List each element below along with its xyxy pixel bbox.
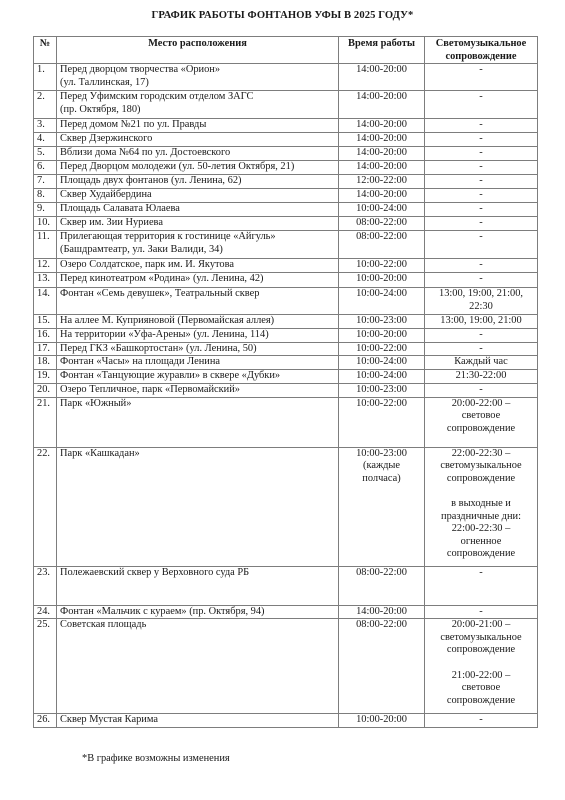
row-number: 5.	[34, 147, 57, 161]
light-music-cell: -	[425, 273, 538, 288]
header-working-hours: Время работы	[339, 37, 425, 64]
working-hours-cell: 10:00-22:00	[339, 397, 425, 447]
working-hours-cell: 08:00-22:00	[339, 231, 425, 259]
working-hours-cell: 12:00-22:00	[339, 175, 425, 189]
header-location: Место расположения	[57, 37, 339, 64]
working-hours-cell: 14:00-20:00	[339, 189, 425, 203]
table-row: 23.Полежаевский сквер у Верховного суда …	[34, 566, 538, 605]
row-number: 17.	[34, 342, 57, 356]
location-cell: Перед Уфимским городским отделом ЗАГС(пр…	[57, 91, 339, 119]
location-cell: Сквер Дзержинского	[57, 133, 339, 147]
location-cell: Прилегающая территория к гостинице «Айгу…	[57, 231, 339, 259]
table-row: 2.Перед Уфимским городским отделом ЗАГС(…	[34, 91, 538, 119]
row-number: 1.	[34, 64, 57, 91]
location-cell: Фонтан «Семь девушек», Театральный сквер	[57, 288, 339, 315]
light-music-cell: -	[425, 605, 538, 619]
table-row: 13.Перед кинотеатром «Родина» (ул. Ленин…	[34, 273, 538, 288]
table-row: 21.Парк «Южный»10:00-22:0020:00-22:00 –с…	[34, 397, 538, 447]
row-number: 16.	[34, 329, 57, 343]
row-number: 23.	[34, 566, 57, 605]
row-number: 7.	[34, 175, 57, 189]
working-hours-cell: 14:00-20:00	[339, 605, 425, 619]
row-number: 21.	[34, 397, 57, 447]
location-cell: На аллее М. Куприяновой (Первомайская ал…	[57, 315, 339, 329]
light-music-cell: -	[425, 64, 538, 91]
row-number: 8.	[34, 189, 57, 203]
working-hours-cell: 14:00-20:00	[339, 64, 425, 91]
light-music-cell: -	[425, 91, 538, 119]
table-row: 18.Фонтан «Часы» на площади Ленина10:00-…	[34, 356, 538, 370]
light-music-cell: -	[425, 566, 538, 605]
table-header-row: № Место расположения Время работы Светом…	[34, 37, 538, 64]
light-music-cell: -	[425, 217, 538, 231]
working-hours-cell: 10:00-24:00	[339, 356, 425, 370]
location-cell: Сквер Худайбердина	[57, 189, 339, 203]
location-cell: Озеро Солдатское, парк им. И. Якутова	[57, 259, 339, 273]
light-music-cell: -	[425, 342, 538, 356]
location-cell: Фонтан «Часы» на площади Ленина	[57, 356, 339, 370]
row-number: 15.	[34, 315, 57, 329]
table-row: 10.Сквер им. Зии Нуриева08:00-22:00-	[34, 217, 538, 231]
location-cell: Сквер Мустая Карима	[57, 714, 339, 728]
location-cell: Вблизи дома №64 по ул. Достоевского	[57, 147, 339, 161]
table-row: 5.Вблизи дома №64 по ул. Достоевского14:…	[34, 147, 538, 161]
table-row: 4.Сквер Дзержинского14:00-20:00-	[34, 133, 538, 147]
location-cell: Фонтан «Мальчик с кураем» (пр. Октября, …	[57, 605, 339, 619]
light-music-cell: -	[425, 133, 538, 147]
light-music-cell: 20:00-22:00 –световоесопровождение	[425, 397, 538, 447]
light-music-cell: -	[425, 714, 538, 728]
row-number: 13.	[34, 273, 57, 288]
table-row: 14.Фонтан «Семь девушек», Театральный ск…	[34, 288, 538, 315]
table-row: 9.Площадь Салавата Юлаева10:00-24:00-	[34, 203, 538, 217]
light-music-cell: -	[425, 231, 538, 259]
row-number: 14.	[34, 288, 57, 315]
fountain-schedule-table: № Место расположения Время работы Светом…	[33, 36, 538, 728]
location-cell: На территории «Уфа-Арены» (ул. Ленина, 1…	[57, 329, 339, 343]
row-number: 4.	[34, 133, 57, 147]
working-hours-cell: 08:00-22:00	[339, 566, 425, 605]
working-hours-cell: 08:00-22:00	[339, 619, 425, 714]
working-hours-cell: 14:00-20:00	[339, 119, 425, 133]
working-hours-cell: 08:00-22:00	[339, 217, 425, 231]
working-hours-cell: 10:00-20:00	[339, 329, 425, 343]
table-row: 8.Сквер Худайбердина14:00-20:00-	[34, 189, 538, 203]
location-cell: Парк «Кашкадан»	[57, 447, 339, 566]
table-row: 25.Советская площадь08:00-22:0020:00-21:…	[34, 619, 538, 714]
light-music-cell: -	[425, 147, 538, 161]
row-number: 24.	[34, 605, 57, 619]
light-music-cell: Каждый час	[425, 356, 538, 370]
table-row: 17.Перед ГКЗ «Башкортостан» (ул. Ленина,…	[34, 342, 538, 356]
row-number: 22.	[34, 447, 57, 566]
light-music-cell: 20:00-21:00 –светомузыкальноесопровожден…	[425, 619, 538, 714]
row-number: 3.	[34, 119, 57, 133]
working-hours-cell: 14:00-20:00	[339, 147, 425, 161]
location-cell: Полежаевский сквер у Верховного суда РБ	[57, 566, 339, 605]
light-music-cell: -	[425, 119, 538, 133]
table-row: 1.Перед дворцом творчества «Орион»(ул. Т…	[34, 64, 538, 91]
working-hours-cell: 14:00-20:00	[339, 133, 425, 147]
location-cell: Перед Дворцом молодежи (ул. 50-летия Окт…	[57, 161, 339, 175]
light-music-cell: -	[425, 329, 538, 343]
table-row: 12.Озеро Солдатское, парк им. И. Якутова…	[34, 259, 538, 273]
header-number: №	[34, 37, 57, 64]
working-hours-cell: 10:00-22:00	[339, 259, 425, 273]
table-row: 24.Фонтан «Мальчик с кураем» (пр. Октябр…	[34, 605, 538, 619]
row-number: 18.	[34, 356, 57, 370]
working-hours-cell: 10:00-24:00	[339, 288, 425, 315]
working-hours-cell: 10:00-23:00	[339, 315, 425, 329]
row-number: 20.	[34, 383, 57, 397]
working-hours-cell: 10:00-24:00	[339, 203, 425, 217]
row-number: 26.	[34, 714, 57, 728]
location-cell: Советская площадь	[57, 619, 339, 714]
location-cell: Площадь Салавата Юлаева	[57, 203, 339, 217]
light-music-cell: -	[425, 175, 538, 189]
location-cell: Перед дворцом творчества «Орион»(ул. Тал…	[57, 64, 339, 91]
row-number: 2.	[34, 91, 57, 119]
table-row: 20.Озеро Тепличное, парк «Первомайский»1…	[34, 383, 538, 397]
location-cell: Перед домом №21 по ул. Правды	[57, 119, 339, 133]
row-number: 10.	[34, 217, 57, 231]
light-music-cell: -	[425, 189, 538, 203]
location-cell: Сквер им. Зии Нуриева	[57, 217, 339, 231]
table-row: 3.Перед домом №21 по ул. Правды14:00-20:…	[34, 119, 538, 133]
location-cell: Площадь двух фонтанов (ул. Ленина, 62)	[57, 175, 339, 189]
working-hours-cell: 14:00-20:00	[339, 91, 425, 119]
row-number: 9.	[34, 203, 57, 217]
row-number: 11.	[34, 231, 57, 259]
row-number: 25.	[34, 619, 57, 714]
location-cell: Фонтан «Танцующие журавли» в сквере «Дуб…	[57, 370, 339, 384]
table-row: 15.На аллее М. Куприяновой (Первомайская…	[34, 315, 538, 329]
table-row: 19.Фонтан «Танцующие журавли» в сквере «…	[34, 370, 538, 384]
light-music-cell: -	[425, 259, 538, 273]
location-cell: Перед ГКЗ «Башкортостан» (ул. Ленина, 50…	[57, 342, 339, 356]
working-hours-cell: 10:00-20:00	[339, 714, 425, 728]
location-cell: Озеро Тепличное, парк «Первомайский»	[57, 383, 339, 397]
header-light-music: Светомузыкальное сопровождение	[425, 37, 538, 64]
location-cell: Перед кинотеатром «Родина» (ул. Ленина, …	[57, 273, 339, 288]
light-music-cell: -	[425, 161, 538, 175]
table-row: 7.Площадь двух фонтанов (ул. Ленина, 62)…	[34, 175, 538, 189]
row-number: 19.	[34, 370, 57, 384]
footnote: *В графике возможны изменения	[82, 753, 230, 764]
table-row: 16.На территории «Уфа-Арены» (ул. Ленина…	[34, 329, 538, 343]
page-title: ГРАФИК РАБОТЫ ФОНТАНОВ УФЫ В 2025 ГОДУ*	[0, 10, 565, 21]
working-hours-cell: 10:00-24:00	[339, 370, 425, 384]
row-number: 12.	[34, 259, 57, 273]
table-row: 26.Сквер Мустая Карима10:00-20:00-	[34, 714, 538, 728]
working-hours-cell: 14:00-20:00	[339, 161, 425, 175]
row-number: 6.	[34, 161, 57, 175]
working-hours-cell: 10:00-22:00	[339, 342, 425, 356]
light-music-cell: -	[425, 383, 538, 397]
table-row: 6.Перед Дворцом молодежи (ул. 50-летия О…	[34, 161, 538, 175]
light-music-cell: 22:00-22:30 –светомузыкальноесопровожден…	[425, 447, 538, 566]
table-row: 22.Парк «Кашкадан»10:00-23:00(каждыеполч…	[34, 447, 538, 566]
working-hours-cell: 10:00-20:00	[339, 273, 425, 288]
location-cell: Парк «Южный»	[57, 397, 339, 447]
working-hours-cell: 10:00-23:00(каждыеполчаса)	[339, 447, 425, 566]
working-hours-cell: 10:00-23:00	[339, 383, 425, 397]
light-music-cell: 13:00, 19:00, 21:00	[425, 315, 538, 329]
table-body: 1.Перед дворцом творчества «Орион»(ул. Т…	[34, 64, 538, 728]
light-music-cell: 21:30-22:00	[425, 370, 538, 384]
light-music-cell: 13:00, 19:00, 21:00,22:30	[425, 288, 538, 315]
table-row: 11.Прилегающая территория к гостинице «А…	[34, 231, 538, 259]
light-music-cell: -	[425, 203, 538, 217]
